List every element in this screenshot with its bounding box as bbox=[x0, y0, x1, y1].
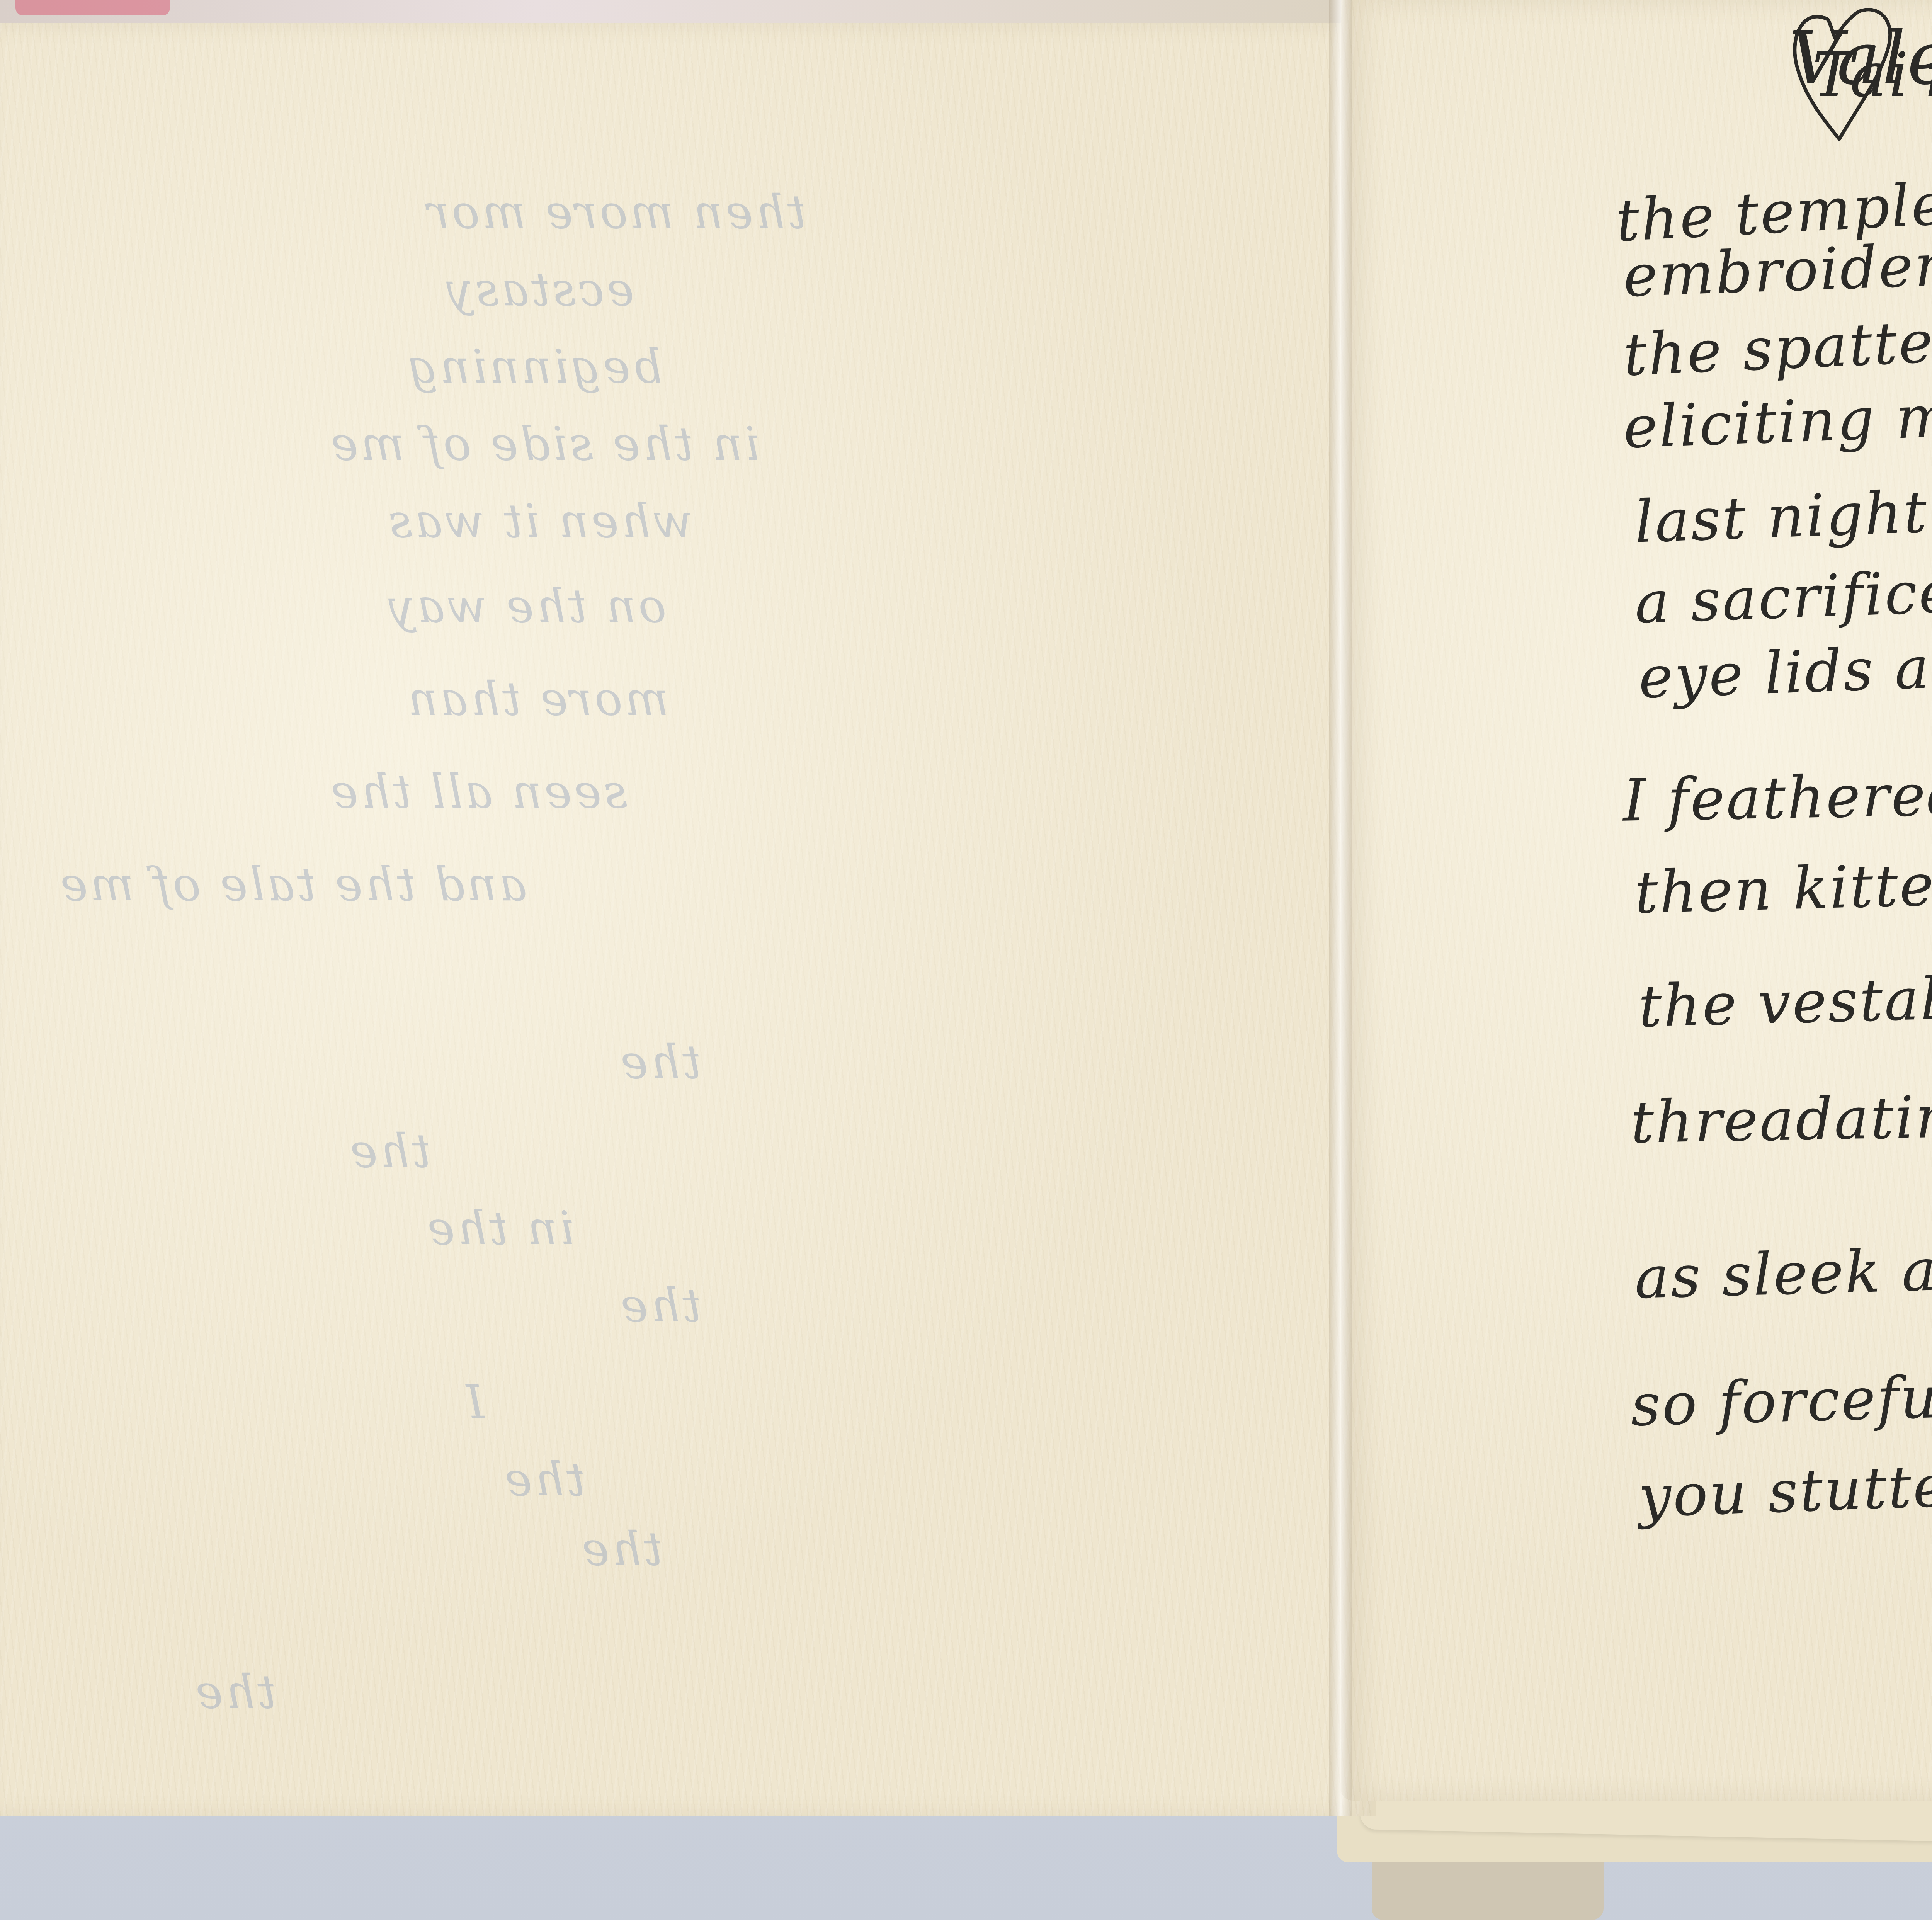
bleed-through-text: beginning bbox=[406, 340, 662, 394]
poem-title-part-2-in-heart: Tai bbox=[1812, 39, 1910, 111]
bleed-through-text: ecstasy bbox=[444, 263, 634, 316]
bleed-through-text: the bbox=[193, 1665, 276, 1719]
bleed-through-text: and the tale of me bbox=[58, 858, 527, 912]
poem-title-part-3: ne bbox=[1924, 43, 1932, 110]
bleed-through-text: more than bbox=[406, 672, 669, 726]
bleed-through-text: the bbox=[502, 1453, 585, 1507]
bleed-through-text: the bbox=[618, 1279, 701, 1333]
bleed-through-text: when it was bbox=[386, 495, 693, 548]
bleed-through-text: I bbox=[464, 1376, 484, 1429]
left-page: then more mor ecstasy beginning in the s… bbox=[0, 23, 1376, 1816]
bleed-through-text: the bbox=[618, 1036, 701, 1089]
bleed-through-text: on the way bbox=[386, 580, 666, 633]
bleed-through-text: in the side of me bbox=[328, 417, 760, 471]
bleed-through-text: then more mor bbox=[425, 185, 806, 239]
top-binding-strip bbox=[0, 0, 1341, 23]
book-gutter bbox=[1329, 0, 1352, 1816]
bleed-through-text: in the bbox=[425, 1202, 574, 1255]
bleed-through-text: the bbox=[348, 1124, 431, 1178]
bleed-through-text: seen all the bbox=[328, 765, 628, 819]
binding-red-fiber bbox=[15, 0, 170, 15]
bleed-through-text: the bbox=[580, 1522, 663, 1576]
